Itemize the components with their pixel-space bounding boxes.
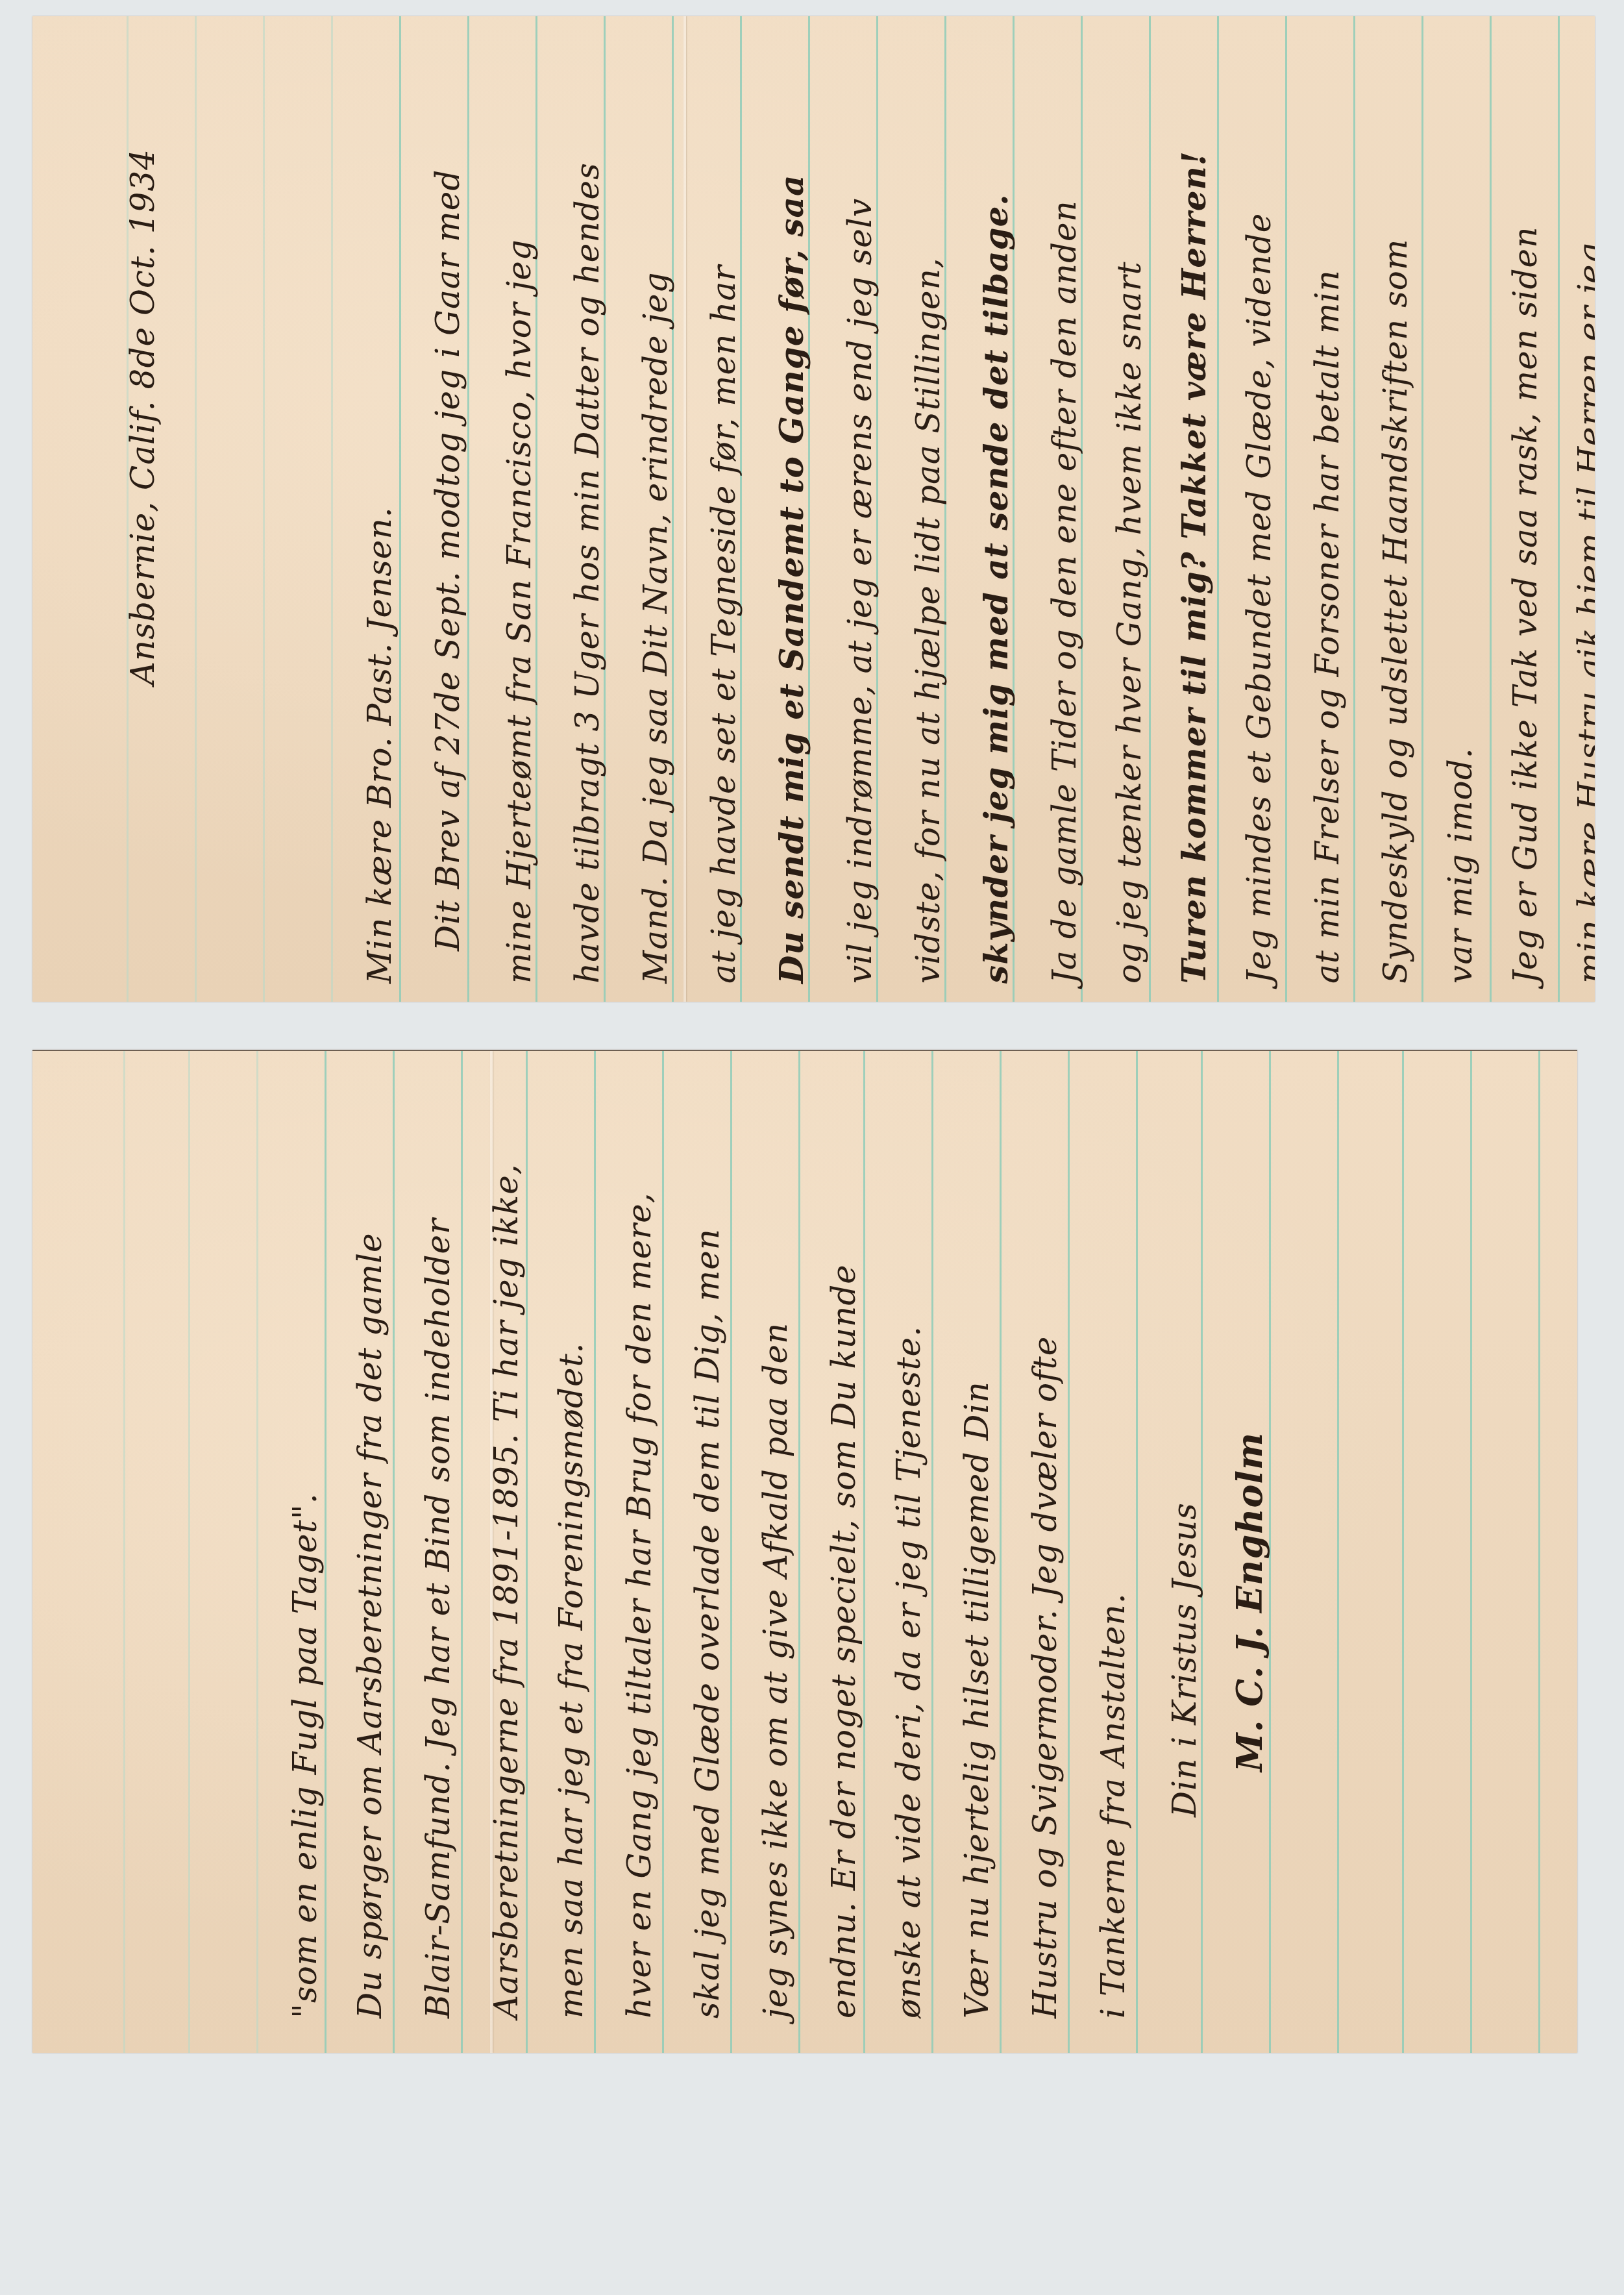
body-line: Syndeskyld og udslettet Haandskriften so… bbox=[1376, 239, 1415, 984]
ruled-line bbox=[188, 1051, 190, 2053]
ruled-line bbox=[1136, 1051, 1138, 2053]
body-line: min kære Hustru gik hjem til Herren er j… bbox=[1571, 242, 1595, 984]
ruled-line bbox=[594, 1051, 596, 2053]
signature: M. C. J. Engholm bbox=[1230, 1432, 1269, 1772]
ruled-line bbox=[195, 16, 197, 1002]
ruled-line bbox=[1285, 16, 1287, 1002]
ruled-line bbox=[1538, 1051, 1540, 2053]
ruled-line bbox=[1217, 16, 1219, 1002]
body-line: Du sendt mig et Sandemt to Gange før, sa… bbox=[772, 175, 811, 984]
ruled-line bbox=[461, 1051, 463, 2053]
ruled-line bbox=[1353, 16, 1355, 1002]
ruled-line bbox=[325, 1051, 326, 2053]
closing: Din i Kristus Jesus bbox=[1165, 1502, 1204, 1817]
body-line: i Tankerne fra Anstalten. bbox=[1094, 1593, 1133, 2018]
ruled-line bbox=[1337, 1051, 1339, 2053]
ruled-line bbox=[662, 1051, 664, 2053]
body-line: Mand. Da jeg saa Dit Navn, erindrede jeg bbox=[636, 271, 675, 984]
ruled-line bbox=[798, 1051, 800, 2053]
ruled-line bbox=[1421, 16, 1423, 1002]
body-line: havde tilbragt 3 Uger hos min Datter og … bbox=[568, 162, 607, 984]
ruled-line bbox=[1558, 16, 1560, 1002]
ruled-line bbox=[863, 1051, 865, 2053]
ruled-line bbox=[1490, 16, 1492, 1002]
ruled-line bbox=[467, 16, 469, 1002]
ruled-line bbox=[931, 1051, 933, 2053]
body-line: endnu. Er der noget specielt, som Du kun… bbox=[824, 1264, 863, 2018]
body-line: Vær nu hjertelig hilset tilligemed Din bbox=[957, 1381, 996, 2018]
body-line: og jeg tænker hver Gang, hvem ikke snart bbox=[1110, 261, 1149, 984]
ruled-line bbox=[1149, 16, 1151, 1002]
body-line: Dit Brev af 27de Sept. modtog jeg i Gaar… bbox=[428, 169, 467, 951]
ruled-line bbox=[393, 1051, 395, 2053]
ruled-line bbox=[399, 16, 401, 1002]
ruled-line bbox=[263, 16, 265, 1002]
body-line: men saa har jeg et fra Foreningsmødet. bbox=[552, 1343, 591, 2018]
ruled-line bbox=[1402, 1051, 1404, 2053]
body-line: Hustru og Svigermoder. Jeg dvæler ofte bbox=[1026, 1336, 1064, 2018]
ruled-line bbox=[256, 1051, 258, 2053]
body-line: var mig imod. bbox=[1441, 747, 1480, 984]
ruled-line bbox=[123, 1051, 125, 2053]
ruled-line bbox=[1000, 1051, 1002, 2053]
body-line: Turen kommer til mig? Takket være Herren… bbox=[1175, 151, 1214, 984]
body-line: Blair-Samfund. Jeg har et Bind som indeh… bbox=[419, 1218, 458, 2018]
ruled-line bbox=[1068, 1051, 1070, 2053]
paper-fold bbox=[683, 16, 686, 1002]
ruled-line bbox=[730, 1051, 732, 2053]
body-line: ønske at vide deri, da er jeg til Tjenes… bbox=[889, 1326, 928, 2018]
body-line: skynder jeg mig med at sende det tilbage… bbox=[977, 193, 1016, 984]
letter-page-2: "som en enlig Fugl paa Taget". Du spørge… bbox=[32, 1050, 1577, 2053]
ruled-line bbox=[331, 16, 333, 1002]
body-line: Jeg er Gud ikke Tak ved saa rask, men si… bbox=[1506, 227, 1545, 984]
body-line: mine Hjerteømt fra San Francisco, hvor j… bbox=[500, 239, 539, 984]
ruled-line bbox=[1470, 1051, 1472, 2053]
body-line: Du spørger om Aarsberetninger fra det ga… bbox=[351, 1232, 389, 2018]
body-line: "som en enlig Fugl paa Taget". bbox=[286, 1493, 325, 2018]
body-line: Ja de gamle Tider og den ene efter den a… bbox=[1045, 200, 1084, 984]
letter-page-1: Ansbernie, Calif. 8de Oct. 1934 Min kære… bbox=[32, 16, 1595, 1002]
body-line: Aarsberetningerne fra 1891-1895. Ti har … bbox=[487, 1163, 526, 2018]
dateline: Ansbernie, Calif. 8de Oct. 1934 bbox=[123, 149, 162, 685]
salutation: Min kære Bro. Past. Jensen. bbox=[360, 506, 399, 984]
ruled-line bbox=[526, 1051, 528, 2053]
body-line: hver en Gang jeg tiltaler har Brug for d… bbox=[620, 1192, 659, 2018]
body-line: Jeg mindes et Gebundet med Glæde, vidend… bbox=[1240, 213, 1279, 984]
body-line: at min Frelser og Forsoner har betalt mi… bbox=[1308, 269, 1347, 984]
body-line: vidste, for nu at hjælpe lidt paa Stilli… bbox=[909, 257, 948, 984]
body-line: skal jeg med Glæde overlade dem til Dig,… bbox=[688, 1228, 727, 2018]
body-line: at jeg havde set et Tegneside før, men h… bbox=[704, 265, 743, 984]
body-line: jeg synes ikke om at give Afkald paa den bbox=[756, 1322, 795, 2018]
body-line: vil jeg indrømme, at jeg er ærens end je… bbox=[841, 198, 880, 984]
